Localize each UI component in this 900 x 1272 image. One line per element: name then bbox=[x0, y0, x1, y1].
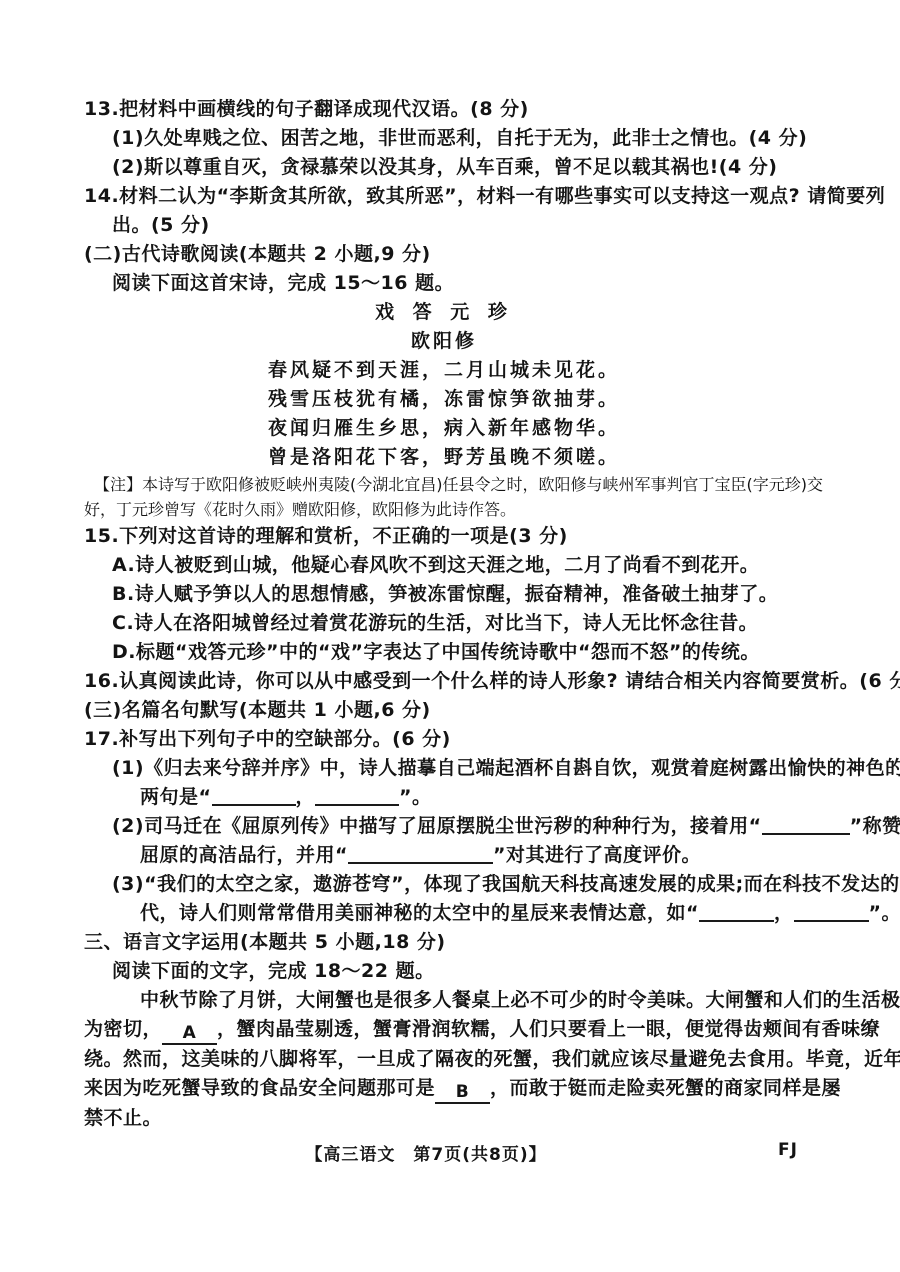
q17-sub2-line2: 屈原的高洁品行，并用“”对其进行了高度评价。 bbox=[140, 841, 880, 870]
poetry-section-heading: (二)古代诗歌阅读(本题共 2 小题,9 分) bbox=[84, 240, 880, 269]
q17-sub2-text: ”对其进行了高度评价。 bbox=[493, 844, 701, 866]
language-para-line4: 来因为吃死蟹导致的食品安全问题那可是B，而敢于铤而走险卖死蟹的商家同样是屡 bbox=[84, 1074, 880, 1104]
q17-sub2-text: 屈原的高洁品行，并用“ bbox=[140, 844, 348, 866]
poem-block: 戏 答 元 珍 欧阳修 春风疑不到天涯，二月山城未见花。 残雪压枝犹有橘，冻雷惊… bbox=[84, 298, 804, 472]
q17-sub2-text: ”称赞 bbox=[850, 815, 900, 837]
poem-line: 夜闻归雁生乡思，病入新年感物华。 bbox=[84, 414, 804, 443]
q17-sub1-line1: (1)《归去来兮辞并序》中，诗人描摹自己端起酒杯自斟自饮，观赏着庭树露出愉快的神… bbox=[112, 754, 880, 783]
answer-blank bbox=[762, 815, 850, 835]
language-para-text: 来因为吃死蟹导致的食品安全问题那可是 bbox=[84, 1077, 435, 1099]
language-para-text: 为密切， bbox=[84, 1018, 162, 1040]
poem-note-line1: 【注】本诗写于欧阳修被贬峡州夷陵(今湖北宜昌)任县令之时，欧阳修与峡州军事判官丁… bbox=[94, 472, 880, 497]
answer-blank-b: B bbox=[435, 1084, 490, 1104]
language-para-line2: 为密切，A，蟹肉晶莹剔透，蟹膏滑润软糯，人们只要看上一眼，便觉得齿颊间有香味缭 bbox=[84, 1015, 880, 1045]
answer-blank-a: A bbox=[162, 1025, 217, 1045]
q15-option-a: A.诗人被贬到山城，他疑心春风吹不到这天涯之地，二月了尚看不到花开。 bbox=[112, 551, 880, 580]
exam-content: 13.把材料中画横线的句子翻译成现代汉语。(8 分) (1)久处卑贱之位、困苦之… bbox=[84, 95, 880, 1133]
q17-sub1-text: ， bbox=[296, 786, 316, 808]
q15-stem: 15.下列对这首诗的理解和赏析，不正确的一项是(3 分) bbox=[84, 522, 880, 551]
q17-stem: 17.补写出下列句子中的空缺部分。(6 分) bbox=[84, 725, 880, 754]
poem-line: 曾是洛阳花下客，野芳虽晚不须嗟。 bbox=[84, 443, 804, 472]
answer-blank bbox=[315, 786, 399, 806]
language-para-line3: 绕。然而，这美味的八脚将军，一旦成了隔夜的死蟹，我们就应该尽量避免去食用。毕竟，… bbox=[84, 1045, 880, 1074]
poem-line: 残雪压枝犹有橘，冻雷惊笋欲抽芽。 bbox=[84, 385, 804, 414]
answer-blank bbox=[348, 844, 493, 864]
poem-note-line2: 好，丁元珍曾写《花时久雨》赠欧阳修，欧阳修为此诗作答。 bbox=[84, 497, 880, 522]
footer-code: FJ bbox=[778, 1140, 798, 1160]
language-para-line1: 中秋节除了月饼，大闸蟹也是很多人餐桌上必不可少的时令美味。大闸蟹和人们的生活极 bbox=[140, 986, 880, 1015]
poem-title: 戏 答 元 珍 bbox=[84, 298, 804, 327]
q17-sub2-line1: (2)司马迁在《屈原列传》中描写了屈原摆脱尘世污秽的种种行为，接着用“”称赞 bbox=[112, 812, 880, 841]
q14-line1: 14.材料二认为“李斯贪其所欲，致其所恶”，材料一有哪些事实可以支持这一观点? … bbox=[84, 182, 880, 211]
dictation-section-heading: (三)名篇名句默写(本题共 1 小题,6 分) bbox=[84, 696, 880, 725]
q17-sub1-text: ”。 bbox=[399, 786, 432, 808]
q17-sub1-text: 两句是“ bbox=[140, 786, 212, 808]
language-para-text: ，而敢于铤而走险卖死蟹的商家同样是屡 bbox=[490, 1077, 841, 1099]
q17-sub2-text: (2)司马迁在《屈原列传》中描写了屈原摆脱尘世污秽的种种行为，接着用“ bbox=[112, 815, 762, 837]
q17-sub1-line2: 两句是“，”。 bbox=[140, 783, 880, 812]
exam-page: 13.把材料中画横线的句子翻译成现代汉语。(8 分) (1)久处卑贱之位、困苦之… bbox=[0, 0, 900, 1272]
q15-option-b: B.诗人赋予笋以人的思想情感，笋被冻雷惊醒，振奋精神，准备破土抽芽了。 bbox=[112, 580, 880, 609]
q17-sub3-line1: (3)“我们的太空之家，遨游苍穹”，体现了我国航天科技高速发展的成果;而在科技不… bbox=[112, 870, 880, 899]
poem-line: 春风疑不到天涯，二月山城未见花。 bbox=[84, 356, 804, 385]
q17-sub3-text: ”。 bbox=[869, 902, 900, 924]
poem-author: 欧阳修 bbox=[84, 327, 804, 356]
answer-blank bbox=[212, 786, 296, 806]
q17-sub3-text: ， bbox=[774, 902, 794, 924]
language-para-line5: 禁不止。 bbox=[84, 1104, 880, 1133]
q17-sub3-line2: 代，诗人们则常常借用美丽神秘的太空中的星辰来表情达意，如“，”。 bbox=[140, 899, 880, 928]
page-footer: 【高三语文 第7页(共8页)】 FJ bbox=[0, 1140, 900, 1170]
language-para-text: ，蟹肉晶莹剔透，蟹膏滑润软糯，人们只要看上一眼，便觉得齿颊间有香味缭 bbox=[217, 1018, 880, 1040]
q15-option-d: D.标题“戏答元珍”中的“戏”字表达了中国传统诗歌中“怨而不怒”的传统。 bbox=[112, 638, 880, 667]
q14-line2: 出。(5 分) bbox=[112, 211, 880, 240]
answer-blank bbox=[794, 902, 869, 922]
poetry-intro: 阅读下面这首宋诗，完成 15～16 题。 bbox=[112, 269, 880, 298]
q13-sub1: (1)久处卑贱之位、困苦之地，非世而恶利，自托于无为，此非士之情也。(4 分) bbox=[112, 124, 880, 153]
q15-option-c: C.诗人在洛阳城曾经过着赏花游玩的生活，对比当下，诗人无比怀念往昔。 bbox=[112, 609, 880, 638]
language-section-heading: 三、语言文字运用(本题共 5 小题,18 分) bbox=[84, 928, 880, 957]
q13-stem: 13.把材料中画横线的句子翻译成现代汉语。(8 分) bbox=[84, 95, 880, 124]
language-intro: 阅读下面的文字，完成 18～22 题。 bbox=[112, 957, 880, 986]
q13-sub2: (2)斯以尊重自灭，贪禄慕荣以没其身，从车百乘，曾不足以载其祸也!(4 分) bbox=[112, 153, 880, 182]
footer-page-label: 【高三语文 第7页(共8页)】 bbox=[0, 1140, 900, 1165]
answer-blank bbox=[699, 902, 774, 922]
q16-stem: 16.认真阅读此诗，你可以从中感受到一个什么样的诗人形象? 请结合相关内容简要赏… bbox=[84, 667, 880, 696]
q17-sub3-text: 代，诗人们则常常借用美丽神秘的太空中的星辰来表情达意，如“ bbox=[140, 902, 699, 924]
